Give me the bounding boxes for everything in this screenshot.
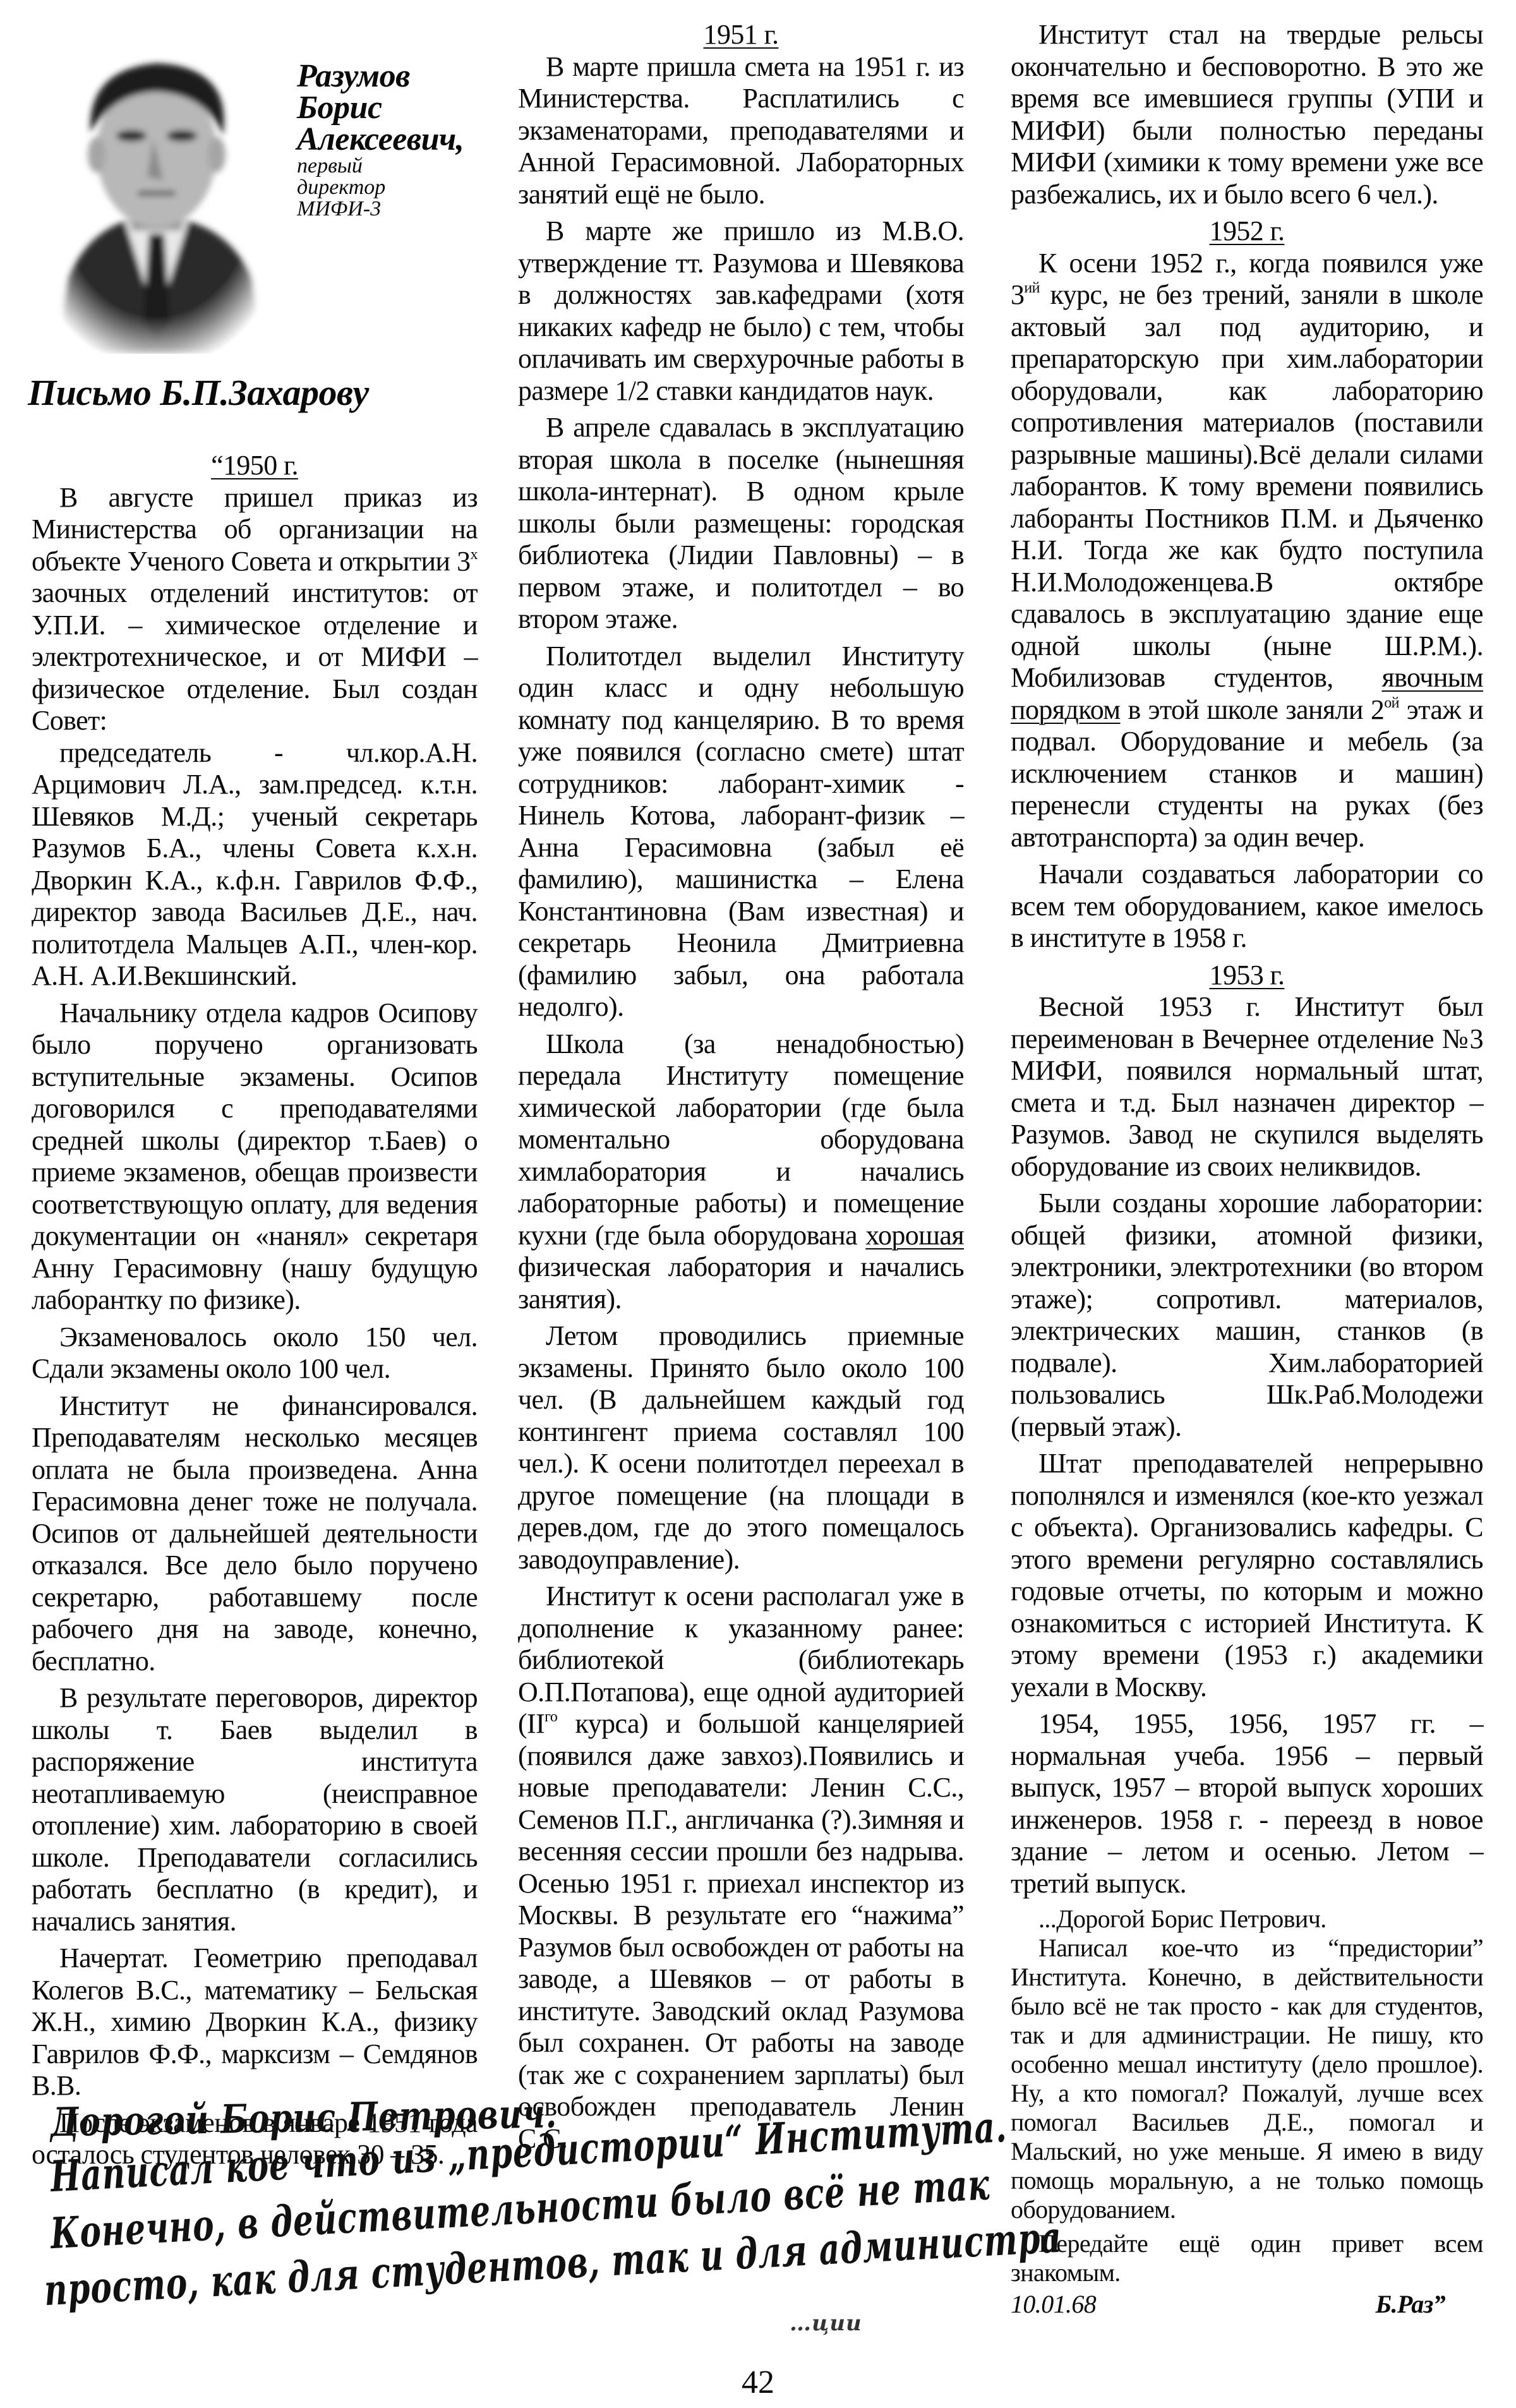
year-heading-1951: 1951 г. — [518, 19, 964, 51]
paragraph: 1954, 1955, 1956, 1957 гг. – нормальная … — [1011, 1708, 1483, 1899]
paragraph: Весной 1953 г. Институт был переименован… — [1011, 991, 1483, 1183]
person-role-line: директор — [297, 177, 512, 198]
postscript-paragraph: Написал кое-что из “предистории” Институ… — [1011, 1934, 1483, 2224]
paragraph: Институт стал на твердые рельсы окончате… — [1011, 19, 1483, 210]
person-role-line: первый — [297, 155, 512, 177]
paragraph: Начали создаваться лаборатории со всем т… — [1011, 858, 1483, 954]
portrait-image-icon — [30, 25, 283, 354]
paragraph: Штат преподавателей непрерывно пополнялс… — [1011, 1448, 1483, 1703]
postscript-paragraph: Передайте ещё один привет всем знакомым. — [1011, 2229, 1483, 2287]
letter-signoff: 10.01.68 Б.Раз” — [1011, 2289, 1483, 2321]
paragraph: Были созданы хорошие лаборатории: общей … — [1011, 1188, 1483, 1443]
document-page: Разумов Борис Алексеевич, первый директо… — [0, 0, 1516, 2408]
text-column-left: “1950 г. В августе пришел приказ из Мини… — [32, 450, 478, 2176]
year-heading-1950: “1950 г. — [32, 450, 478, 482]
person-role-line: МИФИ-3 — [297, 198, 512, 220]
person-patronymic: Алексеевич, — [297, 124, 512, 155]
text-column-right: Институт стал на твердые рельсы окончате… — [1011, 19, 1483, 2321]
year-heading-1952: 1952 г. — [1011, 215, 1483, 248]
paragraph: Институт не финансировался. Преподавател… — [32, 1390, 478, 1678]
letter-signature: Б.Раз” — [1376, 2289, 1445, 2321]
paragraph: К осени 1952 г., когда появился уже 3ий … — [1011, 248, 1483, 854]
paragraph: В марте пришла смета на 1951 г. из Минис… — [518, 51, 964, 211]
paragraph: Экзаменовалось около 150 чел. Сдали экза… — [32, 1321, 478, 1385]
letter-date: 10.01.68 — [1011, 2289, 1096, 2321]
paragraph: Политотдел выделил Институту один класс … — [518, 641, 964, 1023]
paragraph: В апреле сдавалась в эксплуатацию вторая… — [518, 412, 964, 635]
postscript-greeting: ...Дорогой Борис Петрович. — [1011, 1905, 1483, 1934]
year-heading-1953: 1953 г. — [1011, 960, 1483, 992]
paragraph: председатель - чл.кор.А.Н. Арцимович Л.А… — [32, 737, 478, 992]
handwritten-line: …ции — [790, 2311, 862, 2336]
handwritten-excerpt: Дорогой Борис Петрович. Написал кое что … — [25, 2097, 998, 2363]
underlined-word: хорошая — [865, 1220, 964, 1251]
paragraph: Начальнику отдела кадров Осипову было по… — [32, 997, 478, 1316]
person-surname: Разумов — [297, 61, 512, 92]
letter-title: Письмо Б.П.Захарову — [28, 371, 369, 414]
paragraph: Летом проводились приемные экзамены. При… — [518, 1320, 964, 1575]
portrait-photo — [30, 25, 283, 354]
text-column-middle: 1951 г. В марте пришла смета на 1951 г. … — [518, 19, 964, 2160]
paragraph: Начертат. Геометрию преподавал Колегов В… — [32, 1942, 478, 2102]
paragraph: В августе пришел приказ из Министерства … — [32, 482, 478, 737]
portrait-caption: Разумов Борис Алексеевич, первый директо… — [297, 61, 512, 220]
paragraph: В результате переговоров, директор школы… — [32, 1682, 478, 1937]
paragraph: Институт к осени располагал уже в дополн… — [518, 1580, 964, 2155]
page-number: 42 — [0, 2364, 1516, 2401]
person-first-name: Борис — [297, 92, 512, 124]
paragraph: В марте же пришло из М.В.О. утверждение … — [518, 215, 964, 407]
paragraph: Школа (за ненадобностью) передала Инстит… — [518, 1028, 964, 1316]
